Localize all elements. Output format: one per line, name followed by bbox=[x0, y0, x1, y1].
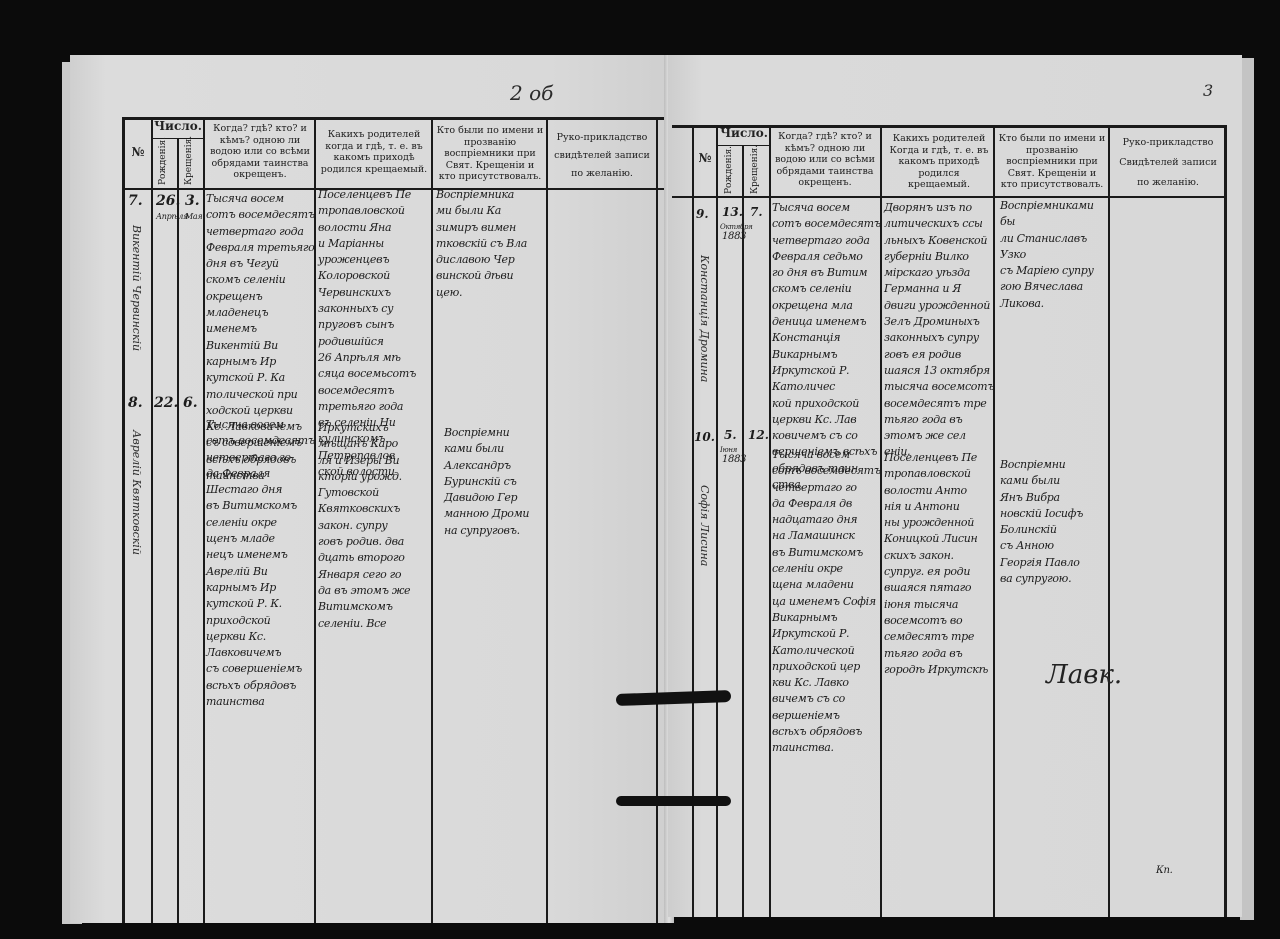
godparents-record: Воспріемни ками были Янъ Вибра новскій І… bbox=[1000, 457, 1110, 587]
header-parents: Какихъ родителей Когда и гдѣ, т. е. въ к… bbox=[886, 133, 992, 191]
birth-year: 1883 bbox=[722, 452, 746, 468]
header-when-where: Когда? гдѣ? кто? и кѣмъ? одною ли водою … bbox=[208, 123, 312, 181]
witness-signature: Лавк. bbox=[1046, 660, 1122, 690]
header-signature: Руко-прикладство Свидѣтелей записи по же… bbox=[1114, 133, 1222, 193]
child-name: Софія Лисина bbox=[698, 485, 711, 615]
right-page-number: 3 bbox=[1203, 81, 1213, 100]
baptism-day: 12. bbox=[748, 428, 769, 442]
godparents-record: Воспріемниками бы ли Станиславъ Узко съ … bbox=[1000, 198, 1110, 312]
header-baptism: Крещенія. bbox=[750, 150, 760, 194]
header-number-group: Число. bbox=[152, 121, 204, 133]
binding-thread-bottom bbox=[616, 796, 731, 806]
birth-day: 13. bbox=[722, 205, 743, 219]
col-rule bbox=[742, 146, 744, 917]
header-baptism: Крещенія. bbox=[184, 143, 194, 185]
parents-record: Дворянъ изъ по литическихъ ссы льныхъ Ко… bbox=[884, 200, 996, 461]
parents-record: Иркутскихъ мѣщанъ Каро ля и Изеры Ви кто… bbox=[318, 420, 432, 632]
godparents-record: Воспріемни ками были Александръ Буринскі… bbox=[444, 425, 548, 539]
header-signature: Руко-прикладство свидѣтелей записи по же… bbox=[552, 129, 652, 183]
left-page: 2 об № Число. Рожденія. Крещенія. Когда?… bbox=[70, 55, 670, 923]
birth-year: 1883 bbox=[722, 229, 746, 245]
birth-day: 22. bbox=[154, 395, 178, 411]
child-name: Викентій Червинскій bbox=[130, 225, 143, 395]
parents-record: Поселенцевъ Пе тропавловской волости Ант… bbox=[884, 450, 996, 678]
col-rule bbox=[122, 117, 125, 923]
right-page: 3 № Число. Рожденія. Крещенія. Когда? гд… bbox=[668, 55, 1242, 917]
entry-number: 9. bbox=[696, 207, 709, 221]
col-rule bbox=[177, 139, 179, 923]
header-no: № bbox=[125, 147, 151, 159]
header-when-where: Когда? гдѣ? кто? и кѣмъ? одною ли водою … bbox=[773, 131, 877, 189]
header-godparents: Кто были по имени и прозванію воспріемни… bbox=[998, 133, 1106, 191]
header-birth: Рожденія. bbox=[724, 150, 734, 194]
bottom-note: Кn. bbox=[1156, 863, 1172, 879]
child-name: Констанція Дромина bbox=[698, 255, 711, 405]
birth-day: 26. bbox=[156, 193, 180, 209]
entry-number: 7. bbox=[128, 193, 143, 209]
header-bottom-rule bbox=[672, 196, 1224, 198]
birth-month: Апрѣля bbox=[156, 209, 188, 225]
baptism-record: Тысяча восем сотъ восемдесятъ четвертаго… bbox=[772, 447, 884, 757]
entry-number: 8. bbox=[128, 395, 143, 411]
col-rule bbox=[151, 117, 153, 923]
godparents-record: Воспріемника ми были Ка зимиръ вимен тко… bbox=[436, 187, 546, 301]
baptism-day: 6. bbox=[183, 395, 198, 411]
header-number-group: Число. bbox=[717, 128, 771, 140]
header-birth: Рожденія. bbox=[158, 143, 168, 185]
header-parents: Какихъ родителей когда и гдѣ, т. е. въ к… bbox=[320, 129, 428, 175]
col-rule bbox=[769, 125, 771, 917]
child-name: Аврелій Квятковскій bbox=[130, 430, 143, 610]
baptism-month: Мая bbox=[185, 209, 202, 225]
baptism-record: Тысяча восем сотъ восемдесятъ четвертаго… bbox=[206, 417, 316, 710]
header-godparents: Кто были по имени и прозванію воспріемни… bbox=[436, 125, 544, 183]
left-page-number: 2 об bbox=[510, 81, 553, 105]
entry-number: 10. bbox=[694, 430, 715, 444]
col-rule bbox=[203, 117, 205, 923]
underlying-page-edge-right bbox=[1240, 58, 1254, 920]
baptism-day: 7. bbox=[750, 205, 763, 219]
col-rule bbox=[1224, 125, 1227, 917]
header-no: № bbox=[694, 153, 716, 165]
birth-day: 5. bbox=[724, 428, 737, 442]
baptism-day: 3. bbox=[185, 193, 200, 209]
